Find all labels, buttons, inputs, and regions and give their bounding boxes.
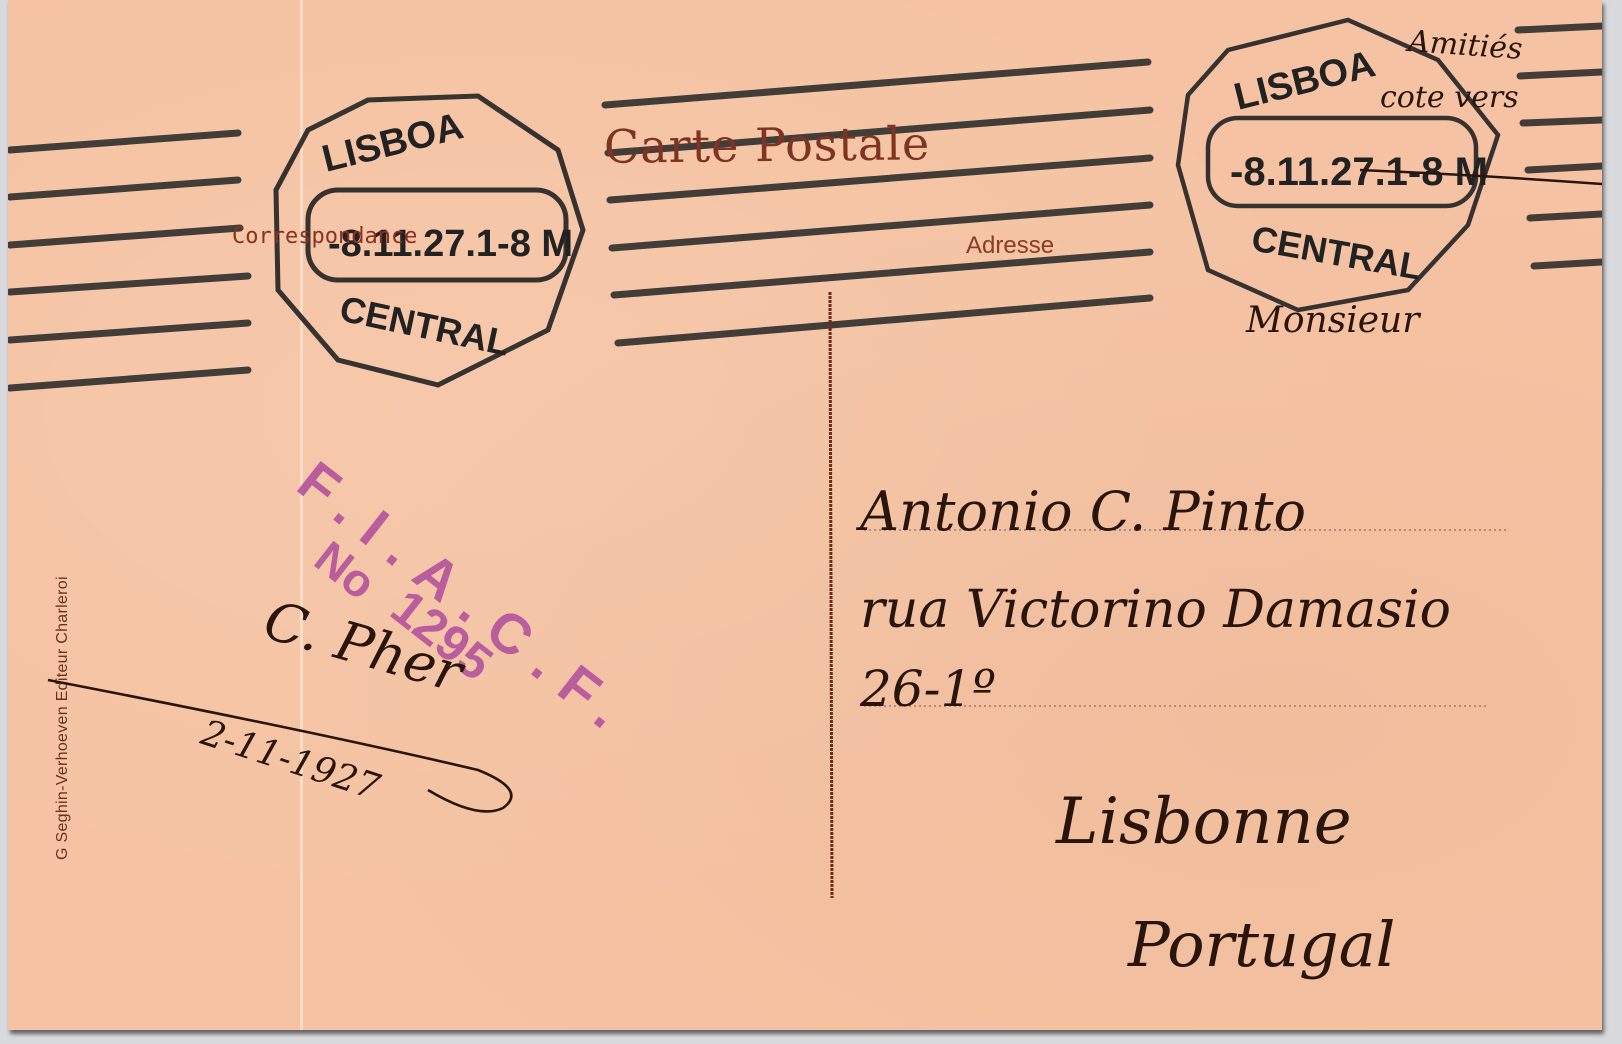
postcard: LISBOA -8.11.27.1-8 M CENTRAL LISBOA -8.… xyxy=(8,0,1602,1030)
recipient-city: Lisbonne xyxy=(1056,785,1352,859)
corner-note-line-2: cote vers xyxy=(1380,80,1519,115)
recipient-name: Antonio C. Pinto xyxy=(860,480,1306,543)
corner-note-line-3: Monsieur xyxy=(1246,300,1419,341)
recipient-number: 26-1º xyxy=(860,660,996,718)
signature-flourish xyxy=(8,0,1602,1030)
recipient-country: Portugal xyxy=(1128,908,1396,981)
recipient-street: rua Victorino Damasio xyxy=(860,580,1451,640)
